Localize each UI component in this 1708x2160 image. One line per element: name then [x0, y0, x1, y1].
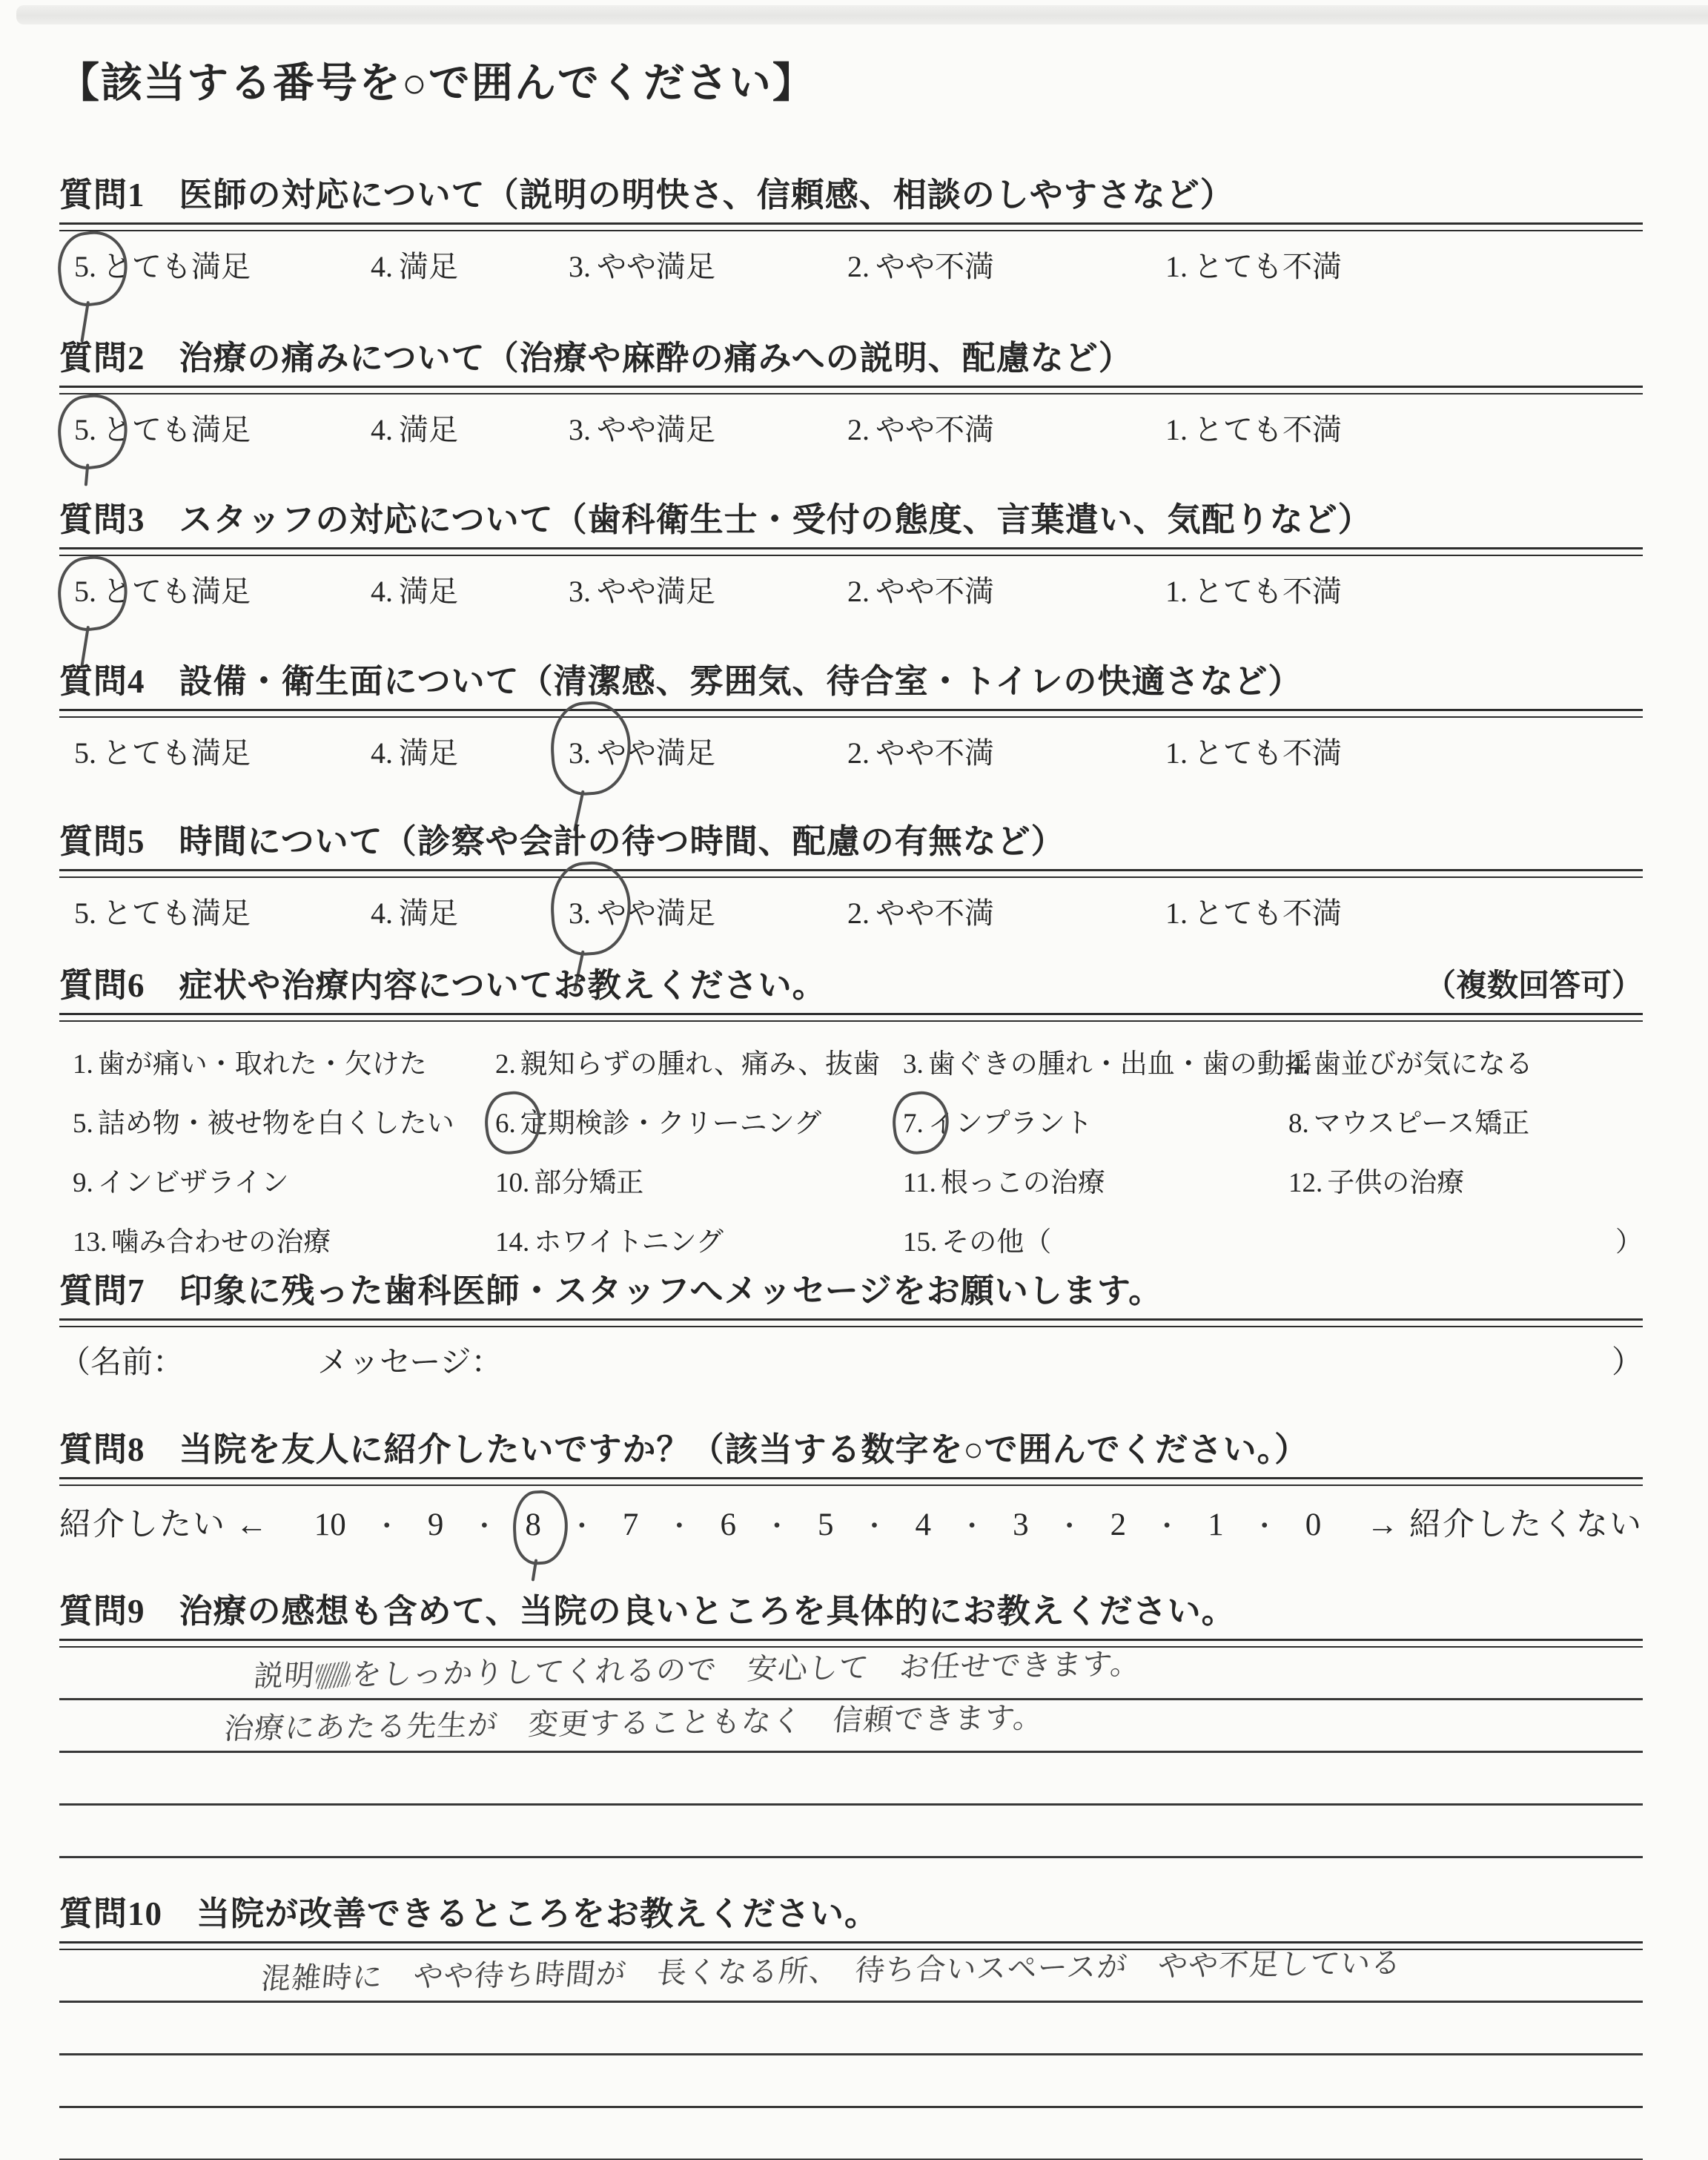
item-number: 7. — [903, 1109, 924, 1139]
item-number: 12. — [1288, 1168, 1323, 1198]
scale-dot: ・ — [666, 1505, 692, 1543]
nps-scale-row: 紹介したい ← 10 ・ 9 ・ 8 ・ 7 ・ 6 ・ 5 ・ 4 ・ 3 ・… — [59, 1499, 1643, 1545]
symptom-item-6: 6.定期検診・クリーニング — [495, 1100, 903, 1140]
option-very-dissatisfied: 1.とても不満 — [1165, 890, 1342, 932]
question-6-title: 質問6 症状や治療内容についてお教えください。 — [59, 967, 827, 1005]
option-label: とても満足 — [102, 575, 251, 608]
option-label: やや不満 — [875, 250, 994, 283]
option-number: 4. — [371, 250, 393, 283]
symptom-item-5: 5.詰め物・被せ物を白くしたい — [73, 1100, 495, 1140]
question-4-options: 5.とても満足 4.満足 3.やや満足 2.やや不満 1.とても不満 — [59, 730, 1643, 772]
scale-number-1: 1 — [1208, 1507, 1224, 1543]
option-label: とても満足 — [102, 413, 251, 446]
option-number: 2. — [847, 575, 870, 608]
option-satisfied: 4.満足 — [371, 243, 569, 285]
option-somewhat-dissatisfied: 2.やや不満 — [847, 243, 1165, 285]
option-label: やや不満 — [875, 413, 994, 446]
divider — [59, 709, 1643, 718]
option-label: やや不満 — [875, 896, 994, 930]
item-label: その他（ — [941, 1227, 1051, 1258]
option-number: 1. — [1165, 896, 1188, 930]
scale-number-0: 0 — [1305, 1507, 1322, 1543]
question-3: 質問3 スタッフの対応について（歯科衛生士・受付の態度、言葉遣い、気配りなど） … — [59, 501, 1643, 610]
scale-number-9: 9 — [428, 1507, 444, 1543]
option-number: 4. — [371, 575, 393, 608]
option-very-satisfied: 5.とても満足 — [74, 243, 371, 285]
symptom-item-7: 7.インプラント — [903, 1100, 1288, 1140]
question-5-title: 質問5 時間について（診察や会計の待つ時間、配慮の有無など） — [59, 823, 1643, 862]
answer-line-1: 説明をしっかりしてくれるので 安心して お任せできます。 — [59, 1648, 1643, 1700]
question-5-options: 5.とても満足 4.満足 3.やや満足 2.やや不満 1.とても不満 — [59, 890, 1643, 932]
scale-dot: ・ — [861, 1505, 888, 1543]
question-8: 質問8 当院を友人に紹介したいですか？（該当する数字を○で囲んでください。） 紹… — [59, 1431, 1643, 1545]
scale-number-5: 5 — [818, 1507, 834, 1543]
option-satisfied: 4.満足 — [371, 568, 569, 610]
option-satisfied: 4.満足 — [371, 406, 569, 449]
other-blank-space — [1051, 1219, 1615, 1259]
scale-dot: ・ — [374, 1505, 400, 1543]
multiple-answers-note: （複数回答可） — [1425, 961, 1643, 1005]
item-label: 歯ぐきの腫れ・出血・歯の動揺 — [928, 1049, 1312, 1080]
option-label: とても満足 — [102, 736, 251, 770]
item-number: 2. — [495, 1049, 516, 1080]
handwritten-answer: 説明をしっかりしてくれるので 安心して お任せできます。 — [252, 1640, 1143, 1695]
option-label: やや満足 — [597, 736, 715, 770]
option-number: 3. — [569, 896, 591, 930]
nps-scale: 10 ・ 9 ・ 8 ・ 7 ・ 6 ・ 5 ・ 4 ・ 3 ・ 2 ・ 1 ・… — [287, 1505, 1349, 1543]
answer-line-2 — [59, 2003, 1643, 2055]
scale-number-7: 7 — [623, 1507, 639, 1543]
question-10-title: 質問10 当院が改善できるところをお教えください。 — [59, 1895, 1643, 1934]
option-number: 2. — [847, 413, 870, 446]
item-number: 6. — [495, 1109, 516, 1139]
option-number: 5. — [74, 250, 96, 283]
option-very-satisfied: 5.とても満足 — [74, 890, 371, 932]
scale-right-label: → 紹介したくない — [1366, 1499, 1643, 1545]
option-number: 2. — [847, 896, 870, 930]
option-label: とても不満 — [1194, 413, 1342, 446]
question-3-options: 5.とても満足 4.満足 3.やや満足 2.やや不満 1.とても不満 — [59, 568, 1643, 610]
option-label: やや満足 — [597, 896, 715, 930]
item-number: 11. — [903, 1168, 936, 1198]
option-number: 3. — [569, 575, 591, 608]
item-number: 8. — [1288, 1109, 1309, 1139]
question-10: 質問10 当院が改善できるところをお教えください。 混雑時に やや待ち時間が 長… — [59, 1895, 1643, 2160]
scale-number-8-text: 8 — [525, 1507, 541, 1542]
option-number: 1. — [1165, 413, 1188, 446]
option-label: 満足 — [399, 250, 458, 283]
symptom-item-9: 9.インビザライン — [73, 1160, 495, 1200]
option-very-satisfied: 5.とても満足 — [74, 730, 371, 772]
question-7: 質問7 印象に残った歯科医師・スタッフへメッセージをお願いします。 （名前： メ… — [59, 1272, 1643, 1382]
item-number: 9. — [73, 1168, 93, 1198]
symptom-item-3: 3.歯ぐきの腫れ・出血・歯の動揺 — [903, 1041, 1288, 1081]
option-satisfied: 4.満足 — [371, 890, 569, 932]
scribble-mark — [316, 1661, 351, 1690]
symptom-row-4: 13.噛み合わせの治療 14.ホワイトニング 15.その他（ ） — [59, 1219, 1643, 1259]
option-label: 満足 — [399, 413, 458, 446]
option-number: 2. — [847, 250, 870, 283]
item-label: ホワイトニング — [534, 1227, 724, 1258]
option-very-satisfied: 5.とても満足 — [74, 568, 371, 610]
item-label: 親知らずの腫れ、痛み、抜歯 — [520, 1049, 880, 1080]
scan-edge-band — [16, 5, 1708, 24]
option-number: 5. — [74, 575, 96, 608]
symptom-item-2: 2.親知らずの腫れ、痛み、抜歯 — [495, 1041, 903, 1081]
question-5: 質問5 時間について（診察や会計の待つ時間、配慮の有無など） 5.とても満足 4… — [59, 823, 1643, 932]
scale-number-10: 10 — [314, 1507, 346, 1543]
item-label: インビザライン — [98, 1168, 289, 1198]
option-label: とても不満 — [1194, 896, 1342, 930]
scale-number-6: 6 — [720, 1507, 736, 1543]
question-2: 質問2 治療の痛みについて（治療や麻酔の痛みへの説明、配慮など） 5.とても満足… — [59, 340, 1643, 449]
question-8-title: 質問8 当院を友人に紹介したいですか？（該当する数字を○で囲んでください。） — [59, 1431, 1643, 1470]
answer-line-3 — [59, 1753, 1643, 1806]
option-number: 5. — [74, 413, 96, 446]
close-paren: ） — [1612, 1338, 1643, 1382]
option-label: とても不満 — [1194, 575, 1342, 608]
scale-dot: ・ — [1153, 1505, 1180, 1543]
symptom-item-11: 11.根っこの治療 — [903, 1160, 1288, 1200]
option-somewhat-satisfied: 3.やや満足 — [569, 568, 847, 610]
option-label: 満足 — [399, 575, 458, 608]
option-very-dissatisfied: 1.とても不満 — [1165, 243, 1342, 285]
divider — [59, 222, 1643, 231]
option-label: 満足 — [399, 736, 458, 770]
question-1: 質問1 医師の対応について（説明の明快さ、信頼感、相談のしやすさなど） 5.とて… — [59, 176, 1643, 285]
answer-line-4 — [59, 2108, 1643, 2160]
symptom-item-12: 12.子供の治療 — [1288, 1160, 1643, 1200]
option-label: とても不満 — [1194, 250, 1342, 283]
option-somewhat-dissatisfied: 2.やや不満 — [847, 890, 1165, 932]
option-number: 5. — [74, 736, 96, 770]
option-label: やや満足 — [597, 575, 715, 608]
option-number: 4. — [371, 896, 393, 930]
scale-dot: ・ — [1251, 1505, 1278, 1543]
item-label: 子供の治療 — [1327, 1168, 1464, 1198]
item-number: 13. — [73, 1227, 107, 1258]
scale-number-2: 2 — [1110, 1507, 1127, 1543]
item-label: 噛み合わせの治療 — [111, 1227, 331, 1258]
option-number: 4. — [371, 736, 393, 770]
option-somewhat-dissatisfied: 2.やや不満 — [847, 568, 1165, 610]
item-number: 14. — [495, 1227, 529, 1258]
question-9-title: 質問9 治療の感想も含めて、当院の良いところを具体的にお教えください。 — [59, 1593, 1643, 1631]
answer-line-1: 混雑時に やや待ち時間が 長くなる所、 待ち合いスペースが やや不足している — [59, 1950, 1643, 2003]
symptom-item-1: 1.歯が痛い・取れた・欠けた — [73, 1041, 495, 1081]
name-message-row: （名前： メッセージ： ） — [59, 1338, 1643, 1382]
item-label: 部分矯正 — [534, 1168, 643, 1198]
question-1-options: 5.とても満足 4.満足 3.やや満足 2.やや不満 1.とても不満 — [59, 243, 1643, 285]
question-7-title: 質問7 印象に残った歯科医師・スタッフへメッセージをお願いします。 — [59, 1272, 1643, 1311]
option-label: やや不満 — [875, 575, 994, 608]
symptom-item-13: 13.噛み合わせの治療 — [73, 1219, 495, 1259]
question-4-title: 質問4 設備・衛生面について（清潔感、雰囲気、待合室・トイレの快適さなど） — [59, 663, 1643, 701]
option-label: とても満足 — [102, 896, 251, 930]
scale-number-3: 3 — [1013, 1507, 1029, 1543]
question-1-title: 質問1 医師の対応について（説明の明快さ、信頼感、相談のしやすさなど） — [59, 176, 1643, 215]
option-label: やや不満 — [875, 736, 994, 770]
symptom-item-15-other: 15.その他（ ） — [903, 1219, 1643, 1259]
option-somewhat-satisfied: 3.やや満足 — [569, 890, 847, 932]
symptom-row-2: 5.詰め物・被せ物を白くしたい 6.定期検診・クリーニング 7.インプラント 8… — [59, 1100, 1643, 1140]
item-label: 歯が痛い・取れた・欠けた — [98, 1049, 427, 1080]
option-somewhat-satisfied: 3.やや満足 — [569, 243, 847, 285]
divider — [59, 386, 1643, 394]
option-label: やや満足 — [597, 413, 715, 446]
item-label: 詰め物・被せ物を白くしたい — [98, 1109, 454, 1139]
page-title: 【該当する番号を○で囲んでください】 — [58, 50, 815, 110]
answer-line-2: 治療にあたる先生が 変更することもなく 信頼できます。 — [59, 1700, 1643, 1753]
option-number: 3. — [569, 736, 591, 770]
name-label: （名前： — [59, 1338, 184, 1382]
option-number: 1. — [1165, 575, 1188, 608]
scale-dot: ・ — [959, 1505, 985, 1543]
symptom-item-8: 8.マウスピース矯正 — [1288, 1100, 1643, 1140]
scale-dot: ・ — [1056, 1505, 1083, 1543]
option-label: とても満足 — [102, 250, 251, 283]
option-somewhat-dissatisfied: 2.やや不満 — [847, 730, 1165, 772]
item-label: 歯並びが気になる — [1314, 1049, 1533, 1080]
divider — [59, 1013, 1643, 1022]
item-label: インプラント — [928, 1109, 1093, 1139]
item-label: 根っこの治療 — [941, 1168, 1105, 1198]
item-number: 1. — [73, 1049, 93, 1080]
divider — [59, 1477, 1643, 1486]
handwritten-answer: 治療にあたる先生が 変更することもなく 信頼できます。 — [222, 1694, 1046, 1747]
scale-dot: ・ — [764, 1505, 790, 1543]
option-number: 3. — [569, 250, 591, 283]
divider — [59, 547, 1643, 556]
message-label: メッセージ： — [317, 1338, 502, 1382]
question-6-header: 質問6 症状や治療内容についてお教えください。 （複数回答可） — [59, 961, 1643, 1005]
question-6: 質問6 症状や治療内容についてお教えください。 （複数回答可） 1.歯が痛い・取… — [59, 961, 1643, 1259]
item-number: 10. — [495, 1168, 529, 1198]
answer-line-3 — [59, 2055, 1643, 2108]
item-number: 4. — [1288, 1049, 1309, 1080]
scale-dot: ・ — [471, 1505, 497, 1543]
question-3-title: 質問3 スタッフの対応について（歯科衛生士・受付の態度、言葉遣い、気配りなど） — [59, 501, 1643, 540]
divider — [59, 869, 1643, 878]
option-very-dissatisfied: 1.とても不満 — [1165, 730, 1342, 772]
item-number: 3. — [903, 1049, 924, 1080]
option-somewhat-dissatisfied: 2.やや不満 — [847, 406, 1165, 449]
symptom-item-4: 4.歯並びが気になる — [1288, 1041, 1643, 1081]
item-number: 15. — [903, 1227, 937, 1258]
handwriting-text: をしっかりしてくれるので 安心して お任せできます。 — [350, 1647, 1142, 1692]
option-very-satisfied: 5.とても満足 — [74, 406, 371, 449]
answer-line-4 — [59, 1806, 1643, 1858]
option-somewhat-satisfied: 3.やや満足 — [569, 730, 847, 772]
scale-number-4: 4 — [916, 1507, 932, 1543]
item-label: マウスピース矯正 — [1314, 1109, 1530, 1139]
option-label: 満足 — [399, 896, 458, 930]
divider — [59, 1318, 1643, 1327]
question-4: 質問4 設備・衛生面について（清潔感、雰囲気、待合室・トイレの快適さなど） 5.… — [59, 663, 1643, 772]
symptom-row-3: 9.インビザライン 10.部分矯正 11.根っこの治療 12.子供の治療 — [59, 1160, 1643, 1200]
symptom-item-14: 14.ホワイトニング — [495, 1219, 903, 1259]
option-number: 2. — [847, 736, 870, 770]
scale-dot: ・ — [569, 1505, 595, 1543]
option-number: 3. — [569, 413, 591, 446]
item-label: 定期検診・クリーニング — [520, 1109, 821, 1139]
option-number: 1. — [1165, 736, 1188, 770]
symptom-item-10: 10.部分矯正 — [495, 1160, 903, 1200]
option-very-dissatisfied: 1.とても不満 — [1165, 568, 1342, 610]
option-number: 4. — [371, 413, 393, 446]
question-9: 質問9 治療の感想も含めて、当院の良いところを具体的にお教えください。 説明をし… — [59, 1593, 1643, 1858]
option-number: 1. — [1165, 250, 1188, 283]
question-2-title: 質問2 治療の痛みについて（治療や麻酔の痛みへの説明、配慮など） — [59, 340, 1643, 378]
option-somewhat-satisfied: 3.やや満足 — [569, 406, 847, 449]
other-close-paren: ） — [1615, 1219, 1643, 1259]
item-number: 5. — [73, 1109, 93, 1139]
option-label: やや満足 — [597, 250, 715, 283]
option-satisfied: 4.満足 — [371, 730, 569, 772]
symptom-row-1: 1.歯が痛い・取れた・欠けた 2.親知らずの腫れ、痛み、抜歯 3.歯ぐきの腫れ・… — [59, 1041, 1643, 1081]
option-label: とても不満 — [1194, 736, 1342, 770]
option-very-dissatisfied: 1.とても不満 — [1165, 406, 1342, 449]
scale-left-label: 紹介したい ← — [59, 1499, 269, 1545]
handwriting-text: 説明 — [252, 1659, 316, 1694]
option-number: 5. — [74, 896, 96, 930]
scale-number-8: 8 — [525, 1507, 541, 1543]
question-2-options: 5.とても満足 4.満足 3.やや満足 2.やや不満 1.とても不満 — [59, 406, 1643, 449]
